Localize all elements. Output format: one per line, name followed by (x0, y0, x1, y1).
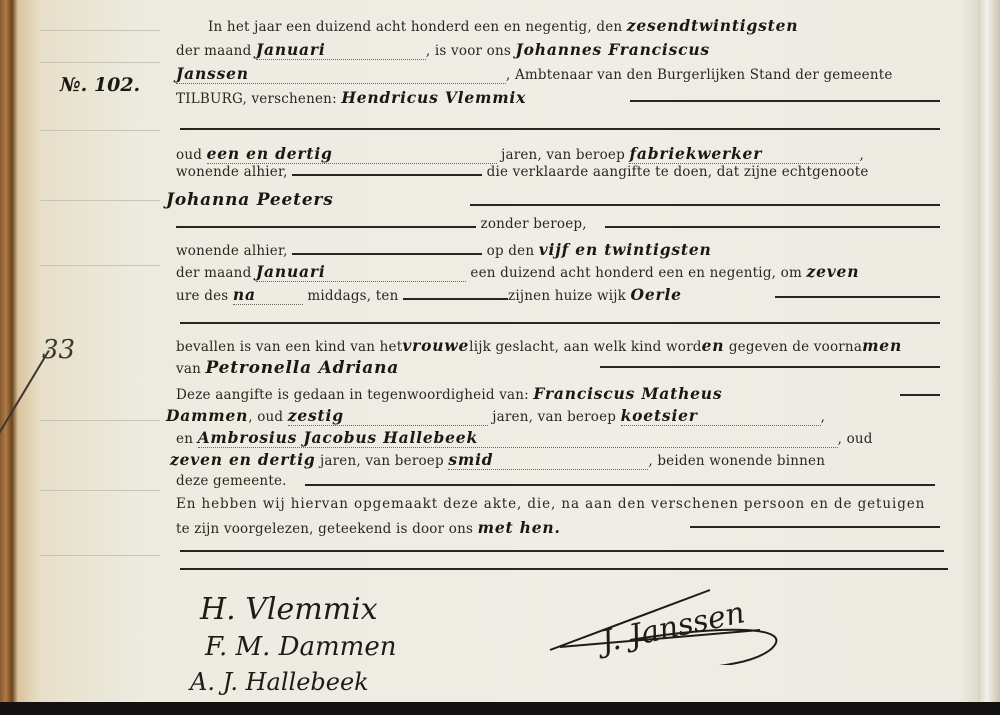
text-line: En hebben wij hiervan opgemaakt deze akt… (176, 496, 925, 512)
entry-number: №. 102. (60, 74, 140, 96)
printed-text: , Ambtenaar van den Burgerlijken Stand d… (506, 67, 893, 83)
text-line: Deze aangifte is gedaan in tegenwoordigh… (176, 384, 722, 403)
handwritten-declarant-name: Hendricus Vlemmix (341, 88, 526, 107)
text-line: bevallen is van een kind van hetvrouweli… (176, 336, 902, 355)
handwritten-correction: en (702, 336, 725, 355)
handwritten-birth-hour: zeven (806, 262, 859, 281)
text-line: ure des na middags, ten zijnen huize wij… (176, 285, 682, 305)
printed-text: te zijn voorgelezen, geteekend is door o… (176, 521, 473, 537)
signature-witness-1: F. M. Dammen (205, 632, 396, 662)
printed-text: die verklaarde aangifte te doen, dat zij… (487, 164, 869, 180)
text-line: oud een en dertig jaren, van beroep fabr… (176, 144, 864, 164)
handwritten-time-of-day: na (233, 285, 303, 305)
fill-rule (690, 526, 940, 528)
printed-text: der maand (176, 265, 251, 281)
handwritten-witness1-occupation: koetsier (621, 406, 821, 426)
handwritten-district: Oerle (631, 285, 682, 304)
fill-rule (605, 226, 940, 228)
fill-rule (630, 100, 940, 102)
text-line: Johanna Peeters (166, 190, 334, 210)
text-line: Dammen, oud zestig jaren, van beroep koe… (166, 406, 825, 426)
handwritten-signing-note: met hen. (478, 518, 561, 537)
signature-witness-2: A. J. Hallebeek (190, 668, 369, 696)
printed-text: zijnen huize wijk (508, 288, 626, 304)
text-line: In het jaar een duizend acht honderd een… (208, 16, 798, 35)
printed-text: jaren, van beroep (501, 147, 625, 163)
text-line: en Ambrosius Jacobus Hallebeek, oud (176, 428, 873, 448)
printed-text: deze gemeente. (176, 473, 287, 489)
margin-rule (40, 200, 160, 201)
printed-text: , oud (838, 431, 873, 447)
fill-rule (180, 568, 948, 570)
text-line: te zijn voorgelezen, geteekend is door o… (176, 518, 561, 537)
scan-border (0, 702, 1000, 715)
margin-rule (40, 30, 160, 31)
text-line: deze gemeente. (176, 473, 287, 489)
handwritten-sex: vrouwe (402, 336, 469, 355)
printed-text: oud (176, 147, 202, 163)
margin-rule (40, 265, 160, 266)
printed-text: En hebben wij hiervan opgemaakt deze akt… (176, 496, 925, 512)
printed-text: , is voor ons (426, 43, 511, 59)
printed-text: wonende alhier, (176, 243, 288, 259)
text-line: wonende alhier, die verklaarde aangifte … (176, 164, 869, 180)
printed-text: ure des (176, 288, 228, 304)
handwritten-child-name: Petronella Adriana (205, 358, 399, 378)
handwritten-witness2-name: Ambrosius Jacobus Hallebeek (198, 428, 838, 448)
fill-rule (600, 366, 940, 368)
printed-text: jaren, van beroep (492, 409, 616, 425)
printed-text: , oud (248, 409, 283, 425)
fill-rule (180, 322, 940, 324)
text-line: wonende alhier, op den vijf en twintigst… (176, 240, 712, 259)
printed-text: Deze aangifte is gedaan in tegenwoordigh… (176, 387, 529, 403)
margin-rule (40, 490, 160, 491)
fill-rule (470, 204, 940, 206)
printed-text: zonder beroep, (481, 216, 587, 232)
handwritten-occupation: fabriekwerker (629, 144, 859, 164)
handwritten-month: Januari (256, 40, 426, 60)
printed-text: bevallen is van een kind van het (176, 339, 402, 355)
printed-text: wonende alhier, (176, 164, 288, 180)
fill-rule (180, 128, 940, 130)
text-line: der maand Januari een duizend acht honde… (176, 262, 859, 282)
printed-text: van (176, 361, 201, 377)
handwritten-official-surname: Janssen (176, 64, 506, 84)
printed-text: TILBURG, verschenen: (176, 91, 337, 107)
printed-text: In het jaar een duizend acht honderd een… (208, 19, 622, 35)
printed-text: een duizend acht honderd een en negentig… (470, 265, 802, 281)
margin-rule (40, 62, 160, 63)
text-line: zeven en dertig jaren, van beroep smid, … (170, 450, 825, 470)
printed-text: jaren, van beroep (320, 453, 444, 469)
handwritten-mother-name: Johanna Peeters (166, 190, 334, 210)
handwritten-birth-month: Januari (256, 262, 466, 282)
handwritten-witness2-age: zeven en dertig (170, 450, 315, 469)
signature-flourish (540, 575, 800, 665)
signature-declarant: H. Vlemmix (200, 592, 378, 627)
text-line: van Petronella Adriana (176, 358, 399, 378)
printed-text: lijk geslacht, aan welk kind word (469, 339, 701, 355)
fill-rule (305, 484, 935, 486)
printed-text: der maand (176, 43, 251, 59)
text-line: zonder beroep, (176, 216, 587, 232)
handwritten-birth-day: vijf en twintigsten (539, 240, 712, 259)
printed-text: gegeven de voorna (729, 339, 862, 355)
margin-rule (40, 420, 160, 421)
page-edge (978, 0, 1000, 715)
handwritten-witness2-occupation: smid (448, 450, 648, 470)
handwritten-witness1-age: zestig (288, 406, 488, 426)
printed-text: , beiden wonende binnen (648, 453, 825, 469)
printed-text: op den (487, 243, 535, 259)
handwritten-age: een en dertig (207, 144, 497, 164)
margin-rule (40, 130, 160, 131)
handwritten-witness1-surname: Dammen (166, 406, 248, 425)
text-line: Janssen, Ambtenaar van den Burgerlijken … (176, 64, 893, 84)
text-line: der maand Januari, is voor ons Johannes … (176, 40, 710, 60)
printed-text: en (176, 431, 193, 447)
handwritten-correction: men (862, 336, 902, 355)
fill-rule (180, 550, 944, 552)
text-line: TILBURG, verschenen: Hendricus Vlemmix (176, 88, 526, 107)
handwritten-official-name: Johannes Franciscus (516, 40, 710, 59)
fill-rule (775, 296, 940, 298)
printed-text: middags, ten (307, 288, 398, 304)
fill-rule (900, 394, 940, 396)
handwritten-witness1-name: Franciscus Matheus (533, 384, 722, 403)
margin-rule (40, 555, 160, 556)
handwritten-date: zesendtwintigsten (627, 16, 799, 35)
